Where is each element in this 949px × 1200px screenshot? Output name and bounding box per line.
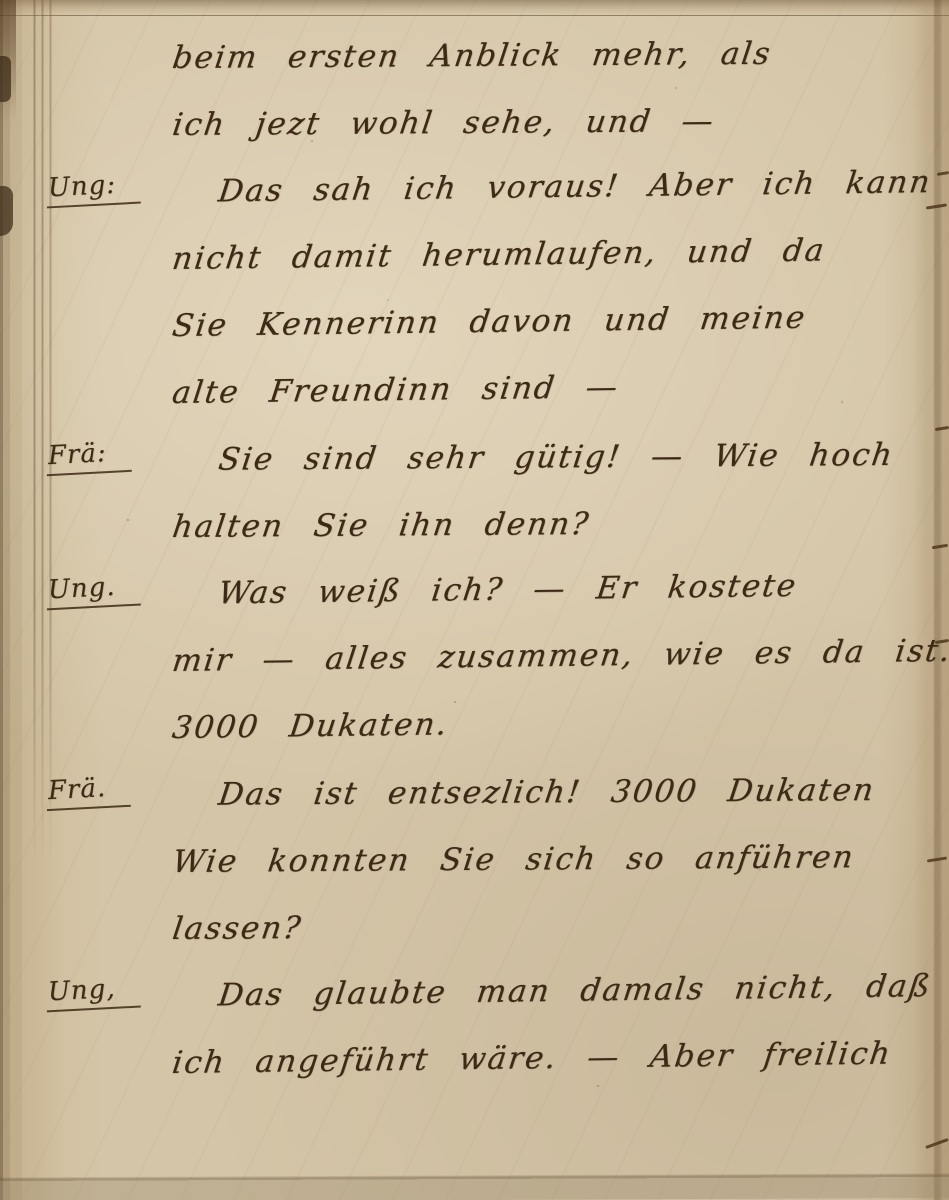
gutter-crease-lines xyxy=(0,0,60,864)
dialogue-speech: beim ersten Anblick mehr, alsich jezt wo… xyxy=(168,26,949,160)
handwriting-line: Das glaubte man damals nicht, daß xyxy=(168,954,949,1031)
handwriting-line: lassen? xyxy=(168,892,949,964)
handwriting-line: halten Sie ihn denn? xyxy=(168,490,949,562)
ink-remnant-mark xyxy=(0,56,11,102)
handwriting-line: mir — alles zusammen, wie es da ist. xyxy=(168,619,949,696)
handwriting-line: nicht damit herumlaufen, und da xyxy=(168,217,949,294)
handwriting-line: Sie Kennerinn davon und meine xyxy=(168,284,949,361)
dialogue-speech: Frä:Sie sind sehr gütig! — Wie hochhalte… xyxy=(168,428,949,562)
manuscript-text: beim ersten Anblick mehr, alsich jezt wo… xyxy=(168,26,949,1098)
handwriting-line: 3000 Dukaten. xyxy=(168,686,949,763)
speaker-label: Ung. xyxy=(45,571,140,611)
handwriting-line: ich jezt wohl sehe, und — xyxy=(168,88,949,160)
page-bottom-crease xyxy=(0,1168,949,1200)
dialogue-speech: Ung,Das glaubte man damals nicht, daßich… xyxy=(168,964,949,1098)
handwriting-line: ich angeführt wäre. — Aber freilich xyxy=(168,1021,949,1098)
page-top-edge xyxy=(0,0,949,16)
dialogue-speech: Ung:Das sah ich voraus! Aber ich kannnic… xyxy=(168,160,949,428)
speaker-label: Ung, xyxy=(45,973,140,1013)
handwriting-line: Das ist entsezlich! 3000 Dukaten xyxy=(168,758,949,830)
speaker-label: Frä. xyxy=(45,772,131,811)
handwriting-line: Was weiß ich? — Er kostete xyxy=(168,552,949,629)
handwriting-line: Wie konnten Sie sich so anführen xyxy=(168,825,949,897)
speaker-label: Ung: xyxy=(45,169,141,209)
manuscript-page: beim ersten Anblick mehr, alsich jezt wo… xyxy=(0,0,949,1200)
handwriting-line: beim ersten Anblick mehr, als xyxy=(168,21,949,93)
ink-remnant-mark xyxy=(0,186,13,236)
handwriting-line: alte Freundinn sind — xyxy=(168,351,949,428)
handwriting-line: Sie sind sehr gütig! — Wie hoch xyxy=(168,423,949,495)
dialogue-speech: Frä.Das ist entsezlich! 3000 DukatenWie … xyxy=(168,763,949,964)
dialogue-speech: Ung.Was weiß ich? — Er kostetemir — alle… xyxy=(168,562,949,763)
handwriting-line: Das sah ich voraus! Aber ich kann xyxy=(168,150,949,227)
speaker-label: Frä: xyxy=(45,437,131,476)
